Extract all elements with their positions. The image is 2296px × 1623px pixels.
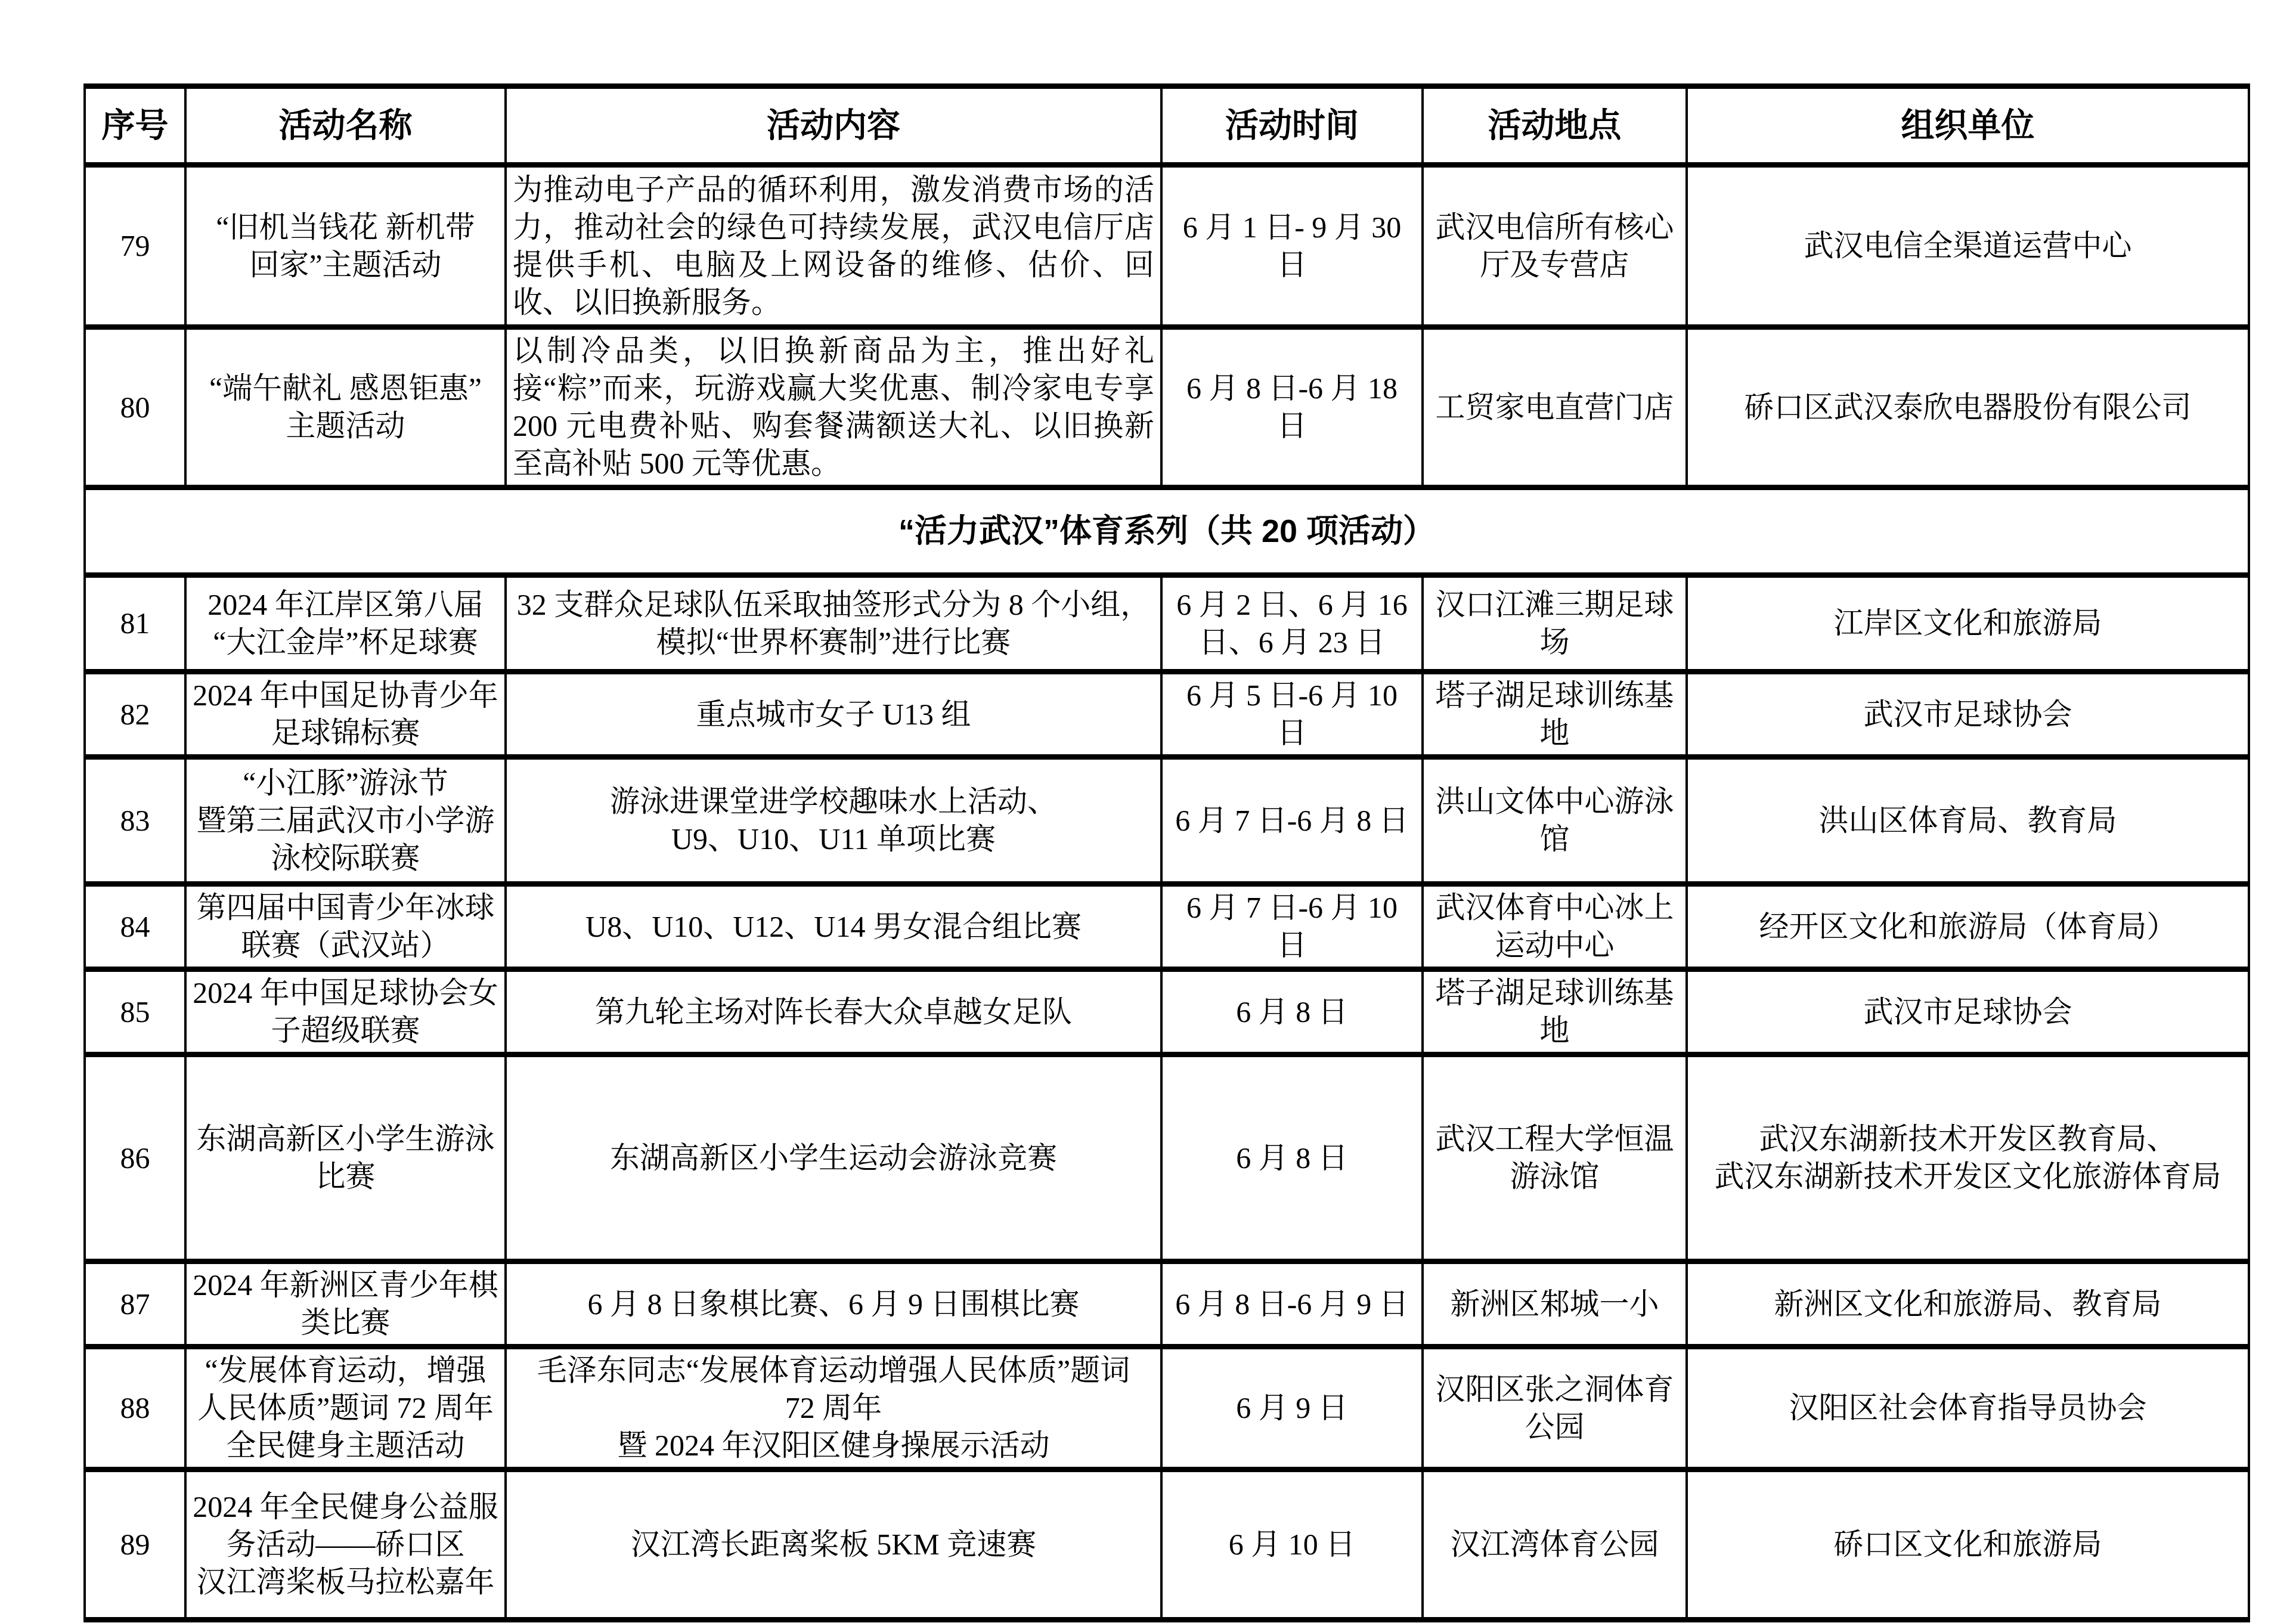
cell-name: “端午献礼 感恩钜惠” 主题活动	[185, 327, 506, 488]
cell-name: 2024 年中国足协青少年 足球锦标赛	[185, 672, 506, 757]
cell-no: 82	[85, 672, 185, 757]
column-header-no: 序号	[85, 86, 185, 165]
table-row: 83 “小江豚”游泳节 暨第三届武汉市小学游泳校际联赛 游泳进课堂进学校趣味水上…	[85, 757, 2249, 884]
cell-content: 6 月 8 日象棋比赛、6 月 9 日围棋比赛	[506, 1262, 1161, 1347]
cell-name: 2024 年中国足球协会女 子超级联赛	[185, 970, 506, 1055]
table-row: 84 第四届中国青少年冰球 联赛（武汉站） U8、U10、U12、U14 男女混…	[85, 884, 2249, 970]
table-row: 88 “发展体育运动，增强 人民体质”题词 72 周年 全民健身主题活动 毛泽东…	[85, 1347, 2249, 1470]
cell-content: 为推动电子产品的循环利用，激发消费市场的活力，推动社会的绿色可持续发展，武汉电信…	[506, 165, 1161, 327]
cell-place: 武汉电信所有核心厅及专营店	[1423, 165, 1687, 327]
cell-no: 84	[85, 884, 185, 970]
cell-place: 汉口江滩三期足球场	[1423, 575, 1687, 672]
document-page: { "table": { "headers": ["序号", "活动名称", "…	[0, 0, 2296, 1623]
cell-time: 6 月 7 日-6 月 8 日	[1161, 757, 1423, 884]
cell-place: 武汉体育中心冰上运动中心	[1423, 884, 1687, 970]
cell-place: 新洲区邾城一小	[1423, 1262, 1687, 1347]
cell-name: 2024 年全民健身公益服 务活动——硚口区 汉江湾桨板马拉松嘉年	[185, 1470, 506, 1620]
table-row: 87 2024 年新洲区青少年棋 类比赛 6 月 8 日象棋比赛、6 月 9 日…	[85, 1262, 2249, 1347]
cell-org: 新洲区文化和旅游局、教育局	[1687, 1262, 2249, 1347]
cell-name: “旧机当钱花 新机带 回家”主题活动	[185, 165, 506, 327]
cell-no: 80	[85, 327, 185, 488]
cell-content: 第九轮主场对阵长春大众卓越女足队	[506, 970, 1161, 1055]
cell-org: 经开区文化和旅游局（体育局）	[1687, 884, 2249, 970]
cell-org: 武汉电信全渠道运营中心	[1687, 165, 2249, 327]
cell-content: U8、U10、U12、U14 男女混合组比赛	[506, 884, 1161, 970]
cell-no: 81	[85, 575, 185, 672]
table-row: 80 “端午献礼 感恩钜惠” 主题活动 以制冷品类，以旧换新商品为主，推出好礼接…	[85, 327, 2249, 488]
cell-content: 32 支群众足球队伍采取抽签形式分为 8 个小组，模拟“世界杯赛制”进行比赛	[506, 575, 1161, 672]
cell-time: 6 月 1 日- 9 月 30 日	[1161, 165, 1423, 327]
table-row: 81 2024 年江岸区第八届 “大江金岸”杯足球赛 32 支群众足球队伍采取抽…	[85, 575, 2249, 672]
header-row: 序号 活动名称 活动内容 活动时间 活动地点 组织单位	[85, 86, 2249, 165]
cell-name: 第四届中国青少年冰球 联赛（武汉站）	[185, 884, 506, 970]
cell-name: “小江豚”游泳节 暨第三届武汉市小学游泳校际联赛	[185, 757, 506, 884]
cell-time: 6 月 7 日-6 月 10 日	[1161, 884, 1423, 970]
cell-org: 武汉东湖新技术开发区教育局、 武汉东湖新技术开发区文化旅游体育局	[1687, 1055, 2249, 1262]
cell-org: 硚口区武汉泰欣电器股份有限公司	[1687, 327, 2249, 488]
cell-name: 2024 年江岸区第八届 “大江金岸”杯足球赛	[185, 575, 506, 672]
cell-place: 汉江湾体育公园	[1423, 1470, 1687, 1620]
table-row: 85 2024 年中国足球协会女 子超级联赛 第九轮主场对阵长春大众卓越女足队 …	[85, 970, 2249, 1055]
cell-no: 86	[85, 1055, 185, 1262]
cell-org: 江岸区文化和旅游局	[1687, 575, 2249, 672]
table-row: 82 2024 年中国足协青少年 足球锦标赛 重点城市女子 U13 组 6 月 …	[85, 672, 2249, 757]
cell-no: 87	[85, 1262, 185, 1347]
cell-content: 以制冷品类，以旧换新商品为主，推出好礼接“粽”而来，玩游戏赢大奖优惠、制冷家电专…	[506, 327, 1161, 488]
cell-place: 塔子湖足球训练基地	[1423, 970, 1687, 1055]
table-row: 89 2024 年全民健身公益服 务活动——硚口区 汉江湾桨板马拉松嘉年 汉江湾…	[85, 1470, 2249, 1620]
cell-org: 汉阳区社会体育指导员协会	[1687, 1347, 2249, 1470]
cell-time: 6 月 2 日、6 月 16 日、6 月 23 日	[1161, 575, 1423, 672]
cell-no: 89	[85, 1470, 185, 1620]
activities-table: 序号 活动名称 活动内容 活动时间 活动地点 组织单位 79 “旧机当钱花 新机…	[83, 83, 2250, 1622]
cell-time: 6 月 8 日-6 月 18 日	[1161, 327, 1423, 488]
cell-place: 塔子湖足球训练基地	[1423, 672, 1687, 757]
column-header-content: 活动内容	[506, 86, 1161, 165]
table-row: 79 “旧机当钱花 新机带 回家”主题活动 为推动电子产品的循环利用，激发消费市…	[85, 165, 2249, 327]
cell-content: 汉江湾长距离桨板 5KM 竞速赛	[506, 1470, 1161, 1620]
cell-place: 洪山文体中心游泳馆	[1423, 757, 1687, 884]
cell-place: 汉阳区张之洞体育公园	[1423, 1347, 1687, 1470]
cell-org: 硚口区文化和旅游局	[1687, 1470, 2249, 1620]
cell-time: 6 月 9 日	[1161, 1347, 1423, 1470]
cell-name: “发展体育运动，增强 人民体质”题词 72 周年 全民健身主题活动	[185, 1347, 506, 1470]
cell-name: 2024 年新洲区青少年棋 类比赛	[185, 1262, 506, 1347]
table-row: 86 东湖高新区小学生游泳 比赛 东湖高新区小学生运动会游泳竞赛 6 月 8 日…	[85, 1055, 2249, 1262]
cell-content: 毛泽东同志“发展体育运动增强人民体质”题词 72 周年 暨 2024 年汉阳区健…	[506, 1347, 1161, 1470]
cell-org: 洪山区体育局、教育局	[1687, 757, 2249, 884]
cell-no: 83	[85, 757, 185, 884]
column-header-time: 活动时间	[1161, 86, 1423, 165]
cell-place: 武汉工程大学恒温游泳馆	[1423, 1055, 1687, 1262]
cell-org: 武汉市足球协会	[1687, 970, 2249, 1055]
cell-name: 东湖高新区小学生游泳 比赛	[185, 1055, 506, 1262]
column-header-place: 活动地点	[1423, 86, 1687, 165]
cell-time: 6 月 5 日-6 月 10 日	[1161, 672, 1423, 757]
column-header-name: 活动名称	[185, 86, 506, 165]
cell-no: 85	[85, 970, 185, 1055]
cell-content: 游泳进课堂进学校趣味水上活动、 U9、U10、U11 单项比赛	[506, 757, 1161, 884]
cell-no: 88	[85, 1347, 185, 1470]
cell-content: 东湖高新区小学生运动会游泳竞赛	[506, 1055, 1161, 1262]
cell-place: 工贸家电直营门店	[1423, 327, 1687, 488]
section-row: “活力武汉”体育系列（共 20 项活动）	[85, 488, 2249, 575]
section-header: “活力武汉”体育系列（共 20 项活动）	[85, 488, 2249, 575]
cell-time: 6 月 8 日	[1161, 1055, 1423, 1262]
cell-org: 武汉市足球协会	[1687, 672, 2249, 757]
cell-time: 6 月 8 日	[1161, 970, 1423, 1055]
cell-time: 6 月 10 日	[1161, 1470, 1423, 1620]
column-header-org: 组织单位	[1687, 86, 2249, 165]
cell-no: 79	[85, 165, 185, 327]
cell-content: 重点城市女子 U13 组	[506, 672, 1161, 757]
cell-time: 6 月 8 日-6 月 9 日	[1161, 1262, 1423, 1347]
